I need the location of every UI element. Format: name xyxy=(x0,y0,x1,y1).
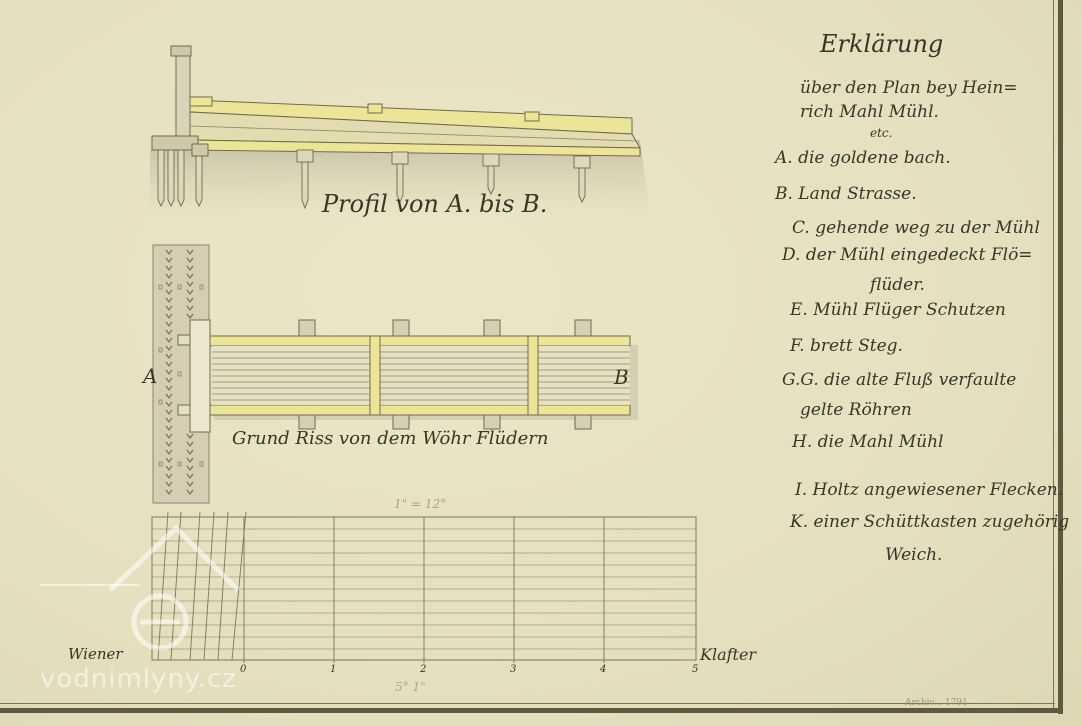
scale-left-label: Wiener xyxy=(68,645,123,663)
scale-tick-5: 5 xyxy=(692,664,698,675)
legend-line: flüder. xyxy=(870,275,925,295)
archive-stamp: Archiv... 1791 xyxy=(905,698,968,708)
scale-tick-3: 3 xyxy=(510,664,516,675)
legend-line: B. Land Strasse. xyxy=(775,184,917,204)
legend-line: gelte Röhren xyxy=(800,400,912,420)
profile-caption: Profil von A. bis B. xyxy=(322,190,547,218)
watermark-text: vodnimlyny.cz xyxy=(40,664,237,694)
legend-line: E. Mühl Flüger Schutzen xyxy=(790,300,1006,320)
scale-tick-0: 0 xyxy=(240,664,246,675)
legend-line: K. einer Schüttkasten zugehörig xyxy=(790,512,1069,532)
legend-line: rich Mahl Mühl. xyxy=(800,102,939,122)
legend-line: H. die Mahl Mühl xyxy=(792,432,944,452)
legend-line: F. brett Steg. xyxy=(790,336,903,356)
legend-line: etc. xyxy=(870,126,892,140)
scale-tick-1: 1 xyxy=(330,664,336,675)
frame-border-right-inner xyxy=(1053,0,1054,710)
legend-line: über den Plan bey Hein= xyxy=(800,78,1018,98)
scale-right-label: Klafter xyxy=(700,645,756,664)
legend-line: Weich. xyxy=(885,545,942,565)
plan-label-b: B xyxy=(614,365,629,389)
watermark-logo xyxy=(40,528,238,648)
legend-line: I. Holtz angewiesener Flecken. xyxy=(795,480,1063,500)
frame-border-right xyxy=(1058,0,1063,714)
plan-caption: Grund Riss von dem Wöhr Flüdern xyxy=(232,428,548,449)
scale-tick-2: 2 xyxy=(420,664,426,675)
legend-line: C. gehende weg zu der Mühl xyxy=(792,218,1040,238)
scale-top-label: 1" = 12° xyxy=(394,497,446,511)
legend-line: G.G. die alte Fluß verfaulte xyxy=(782,370,1016,390)
scale-tick-4: 4 xyxy=(600,664,606,675)
plan-drawing xyxy=(153,245,638,503)
legend-line: A. die goldene bach. xyxy=(775,148,951,168)
frame-border-bottom xyxy=(0,708,1063,713)
scale-bottom-label: 5° 1" xyxy=(395,680,426,694)
legend-line: D. der Mühl eingedeckt Flö= xyxy=(782,245,1033,265)
frame-border-bottom-inner xyxy=(0,703,1055,704)
legend-title: Erklärung xyxy=(820,30,943,58)
plan-label-a: A xyxy=(143,364,157,388)
